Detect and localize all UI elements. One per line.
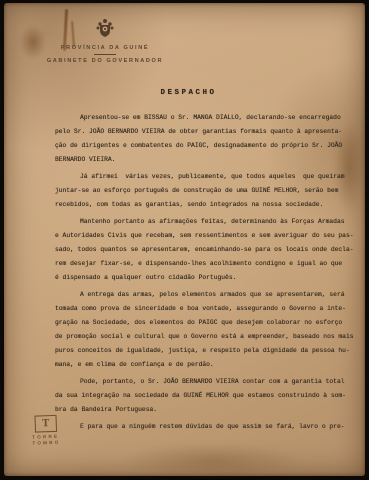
text-line: Pode, portanto, o Sr. JOÃO BERNARDO VIEI… [55,375,347,389]
text-line: mana, e em clima de confiança e de perdã… [55,358,347,372]
text-line: Apresentou-se em BISSAU o Sr. MANGA DIAL… [55,111,347,125]
letterhead-divider [94,54,116,55]
text-line: ção de dirigentes e combatentes do PAIGC… [55,139,347,153]
paragraph: A entrega das armas, pelos elementos arm… [55,288,347,372]
coat-of-arms-icon [94,17,116,39]
text-line: BERNARDO VIEIRA. [55,153,347,167]
stamp-monogram: T [34,415,57,433]
document-body: Apresentou-se em BISSAU o Sr. MANGA DIAL… [55,111,347,437]
letterhead-office: PROVÍNCIA DA GUINÉ [30,45,180,51]
paragraph: Apresentou-se em BISSAU o Sr. MANGA DIAL… [55,111,347,167]
text-line: juntar-se ao esforço português de constr… [55,184,347,198]
text-line: Mantenho portanto as afirmações feitas, … [55,215,347,229]
paragraph: Já afirmei várias vezes, publicamente, q… [55,170,347,212]
text-line: sado, todos quantos se apresentarem, enc… [55,243,347,257]
text-line: E para que a ninguém restem dúvidas de q… [55,420,347,434]
text-line: Já afirmei várias vezes, publicamente, q… [55,170,347,184]
archive-stamp: T TORRE TOMBO [31,414,72,446]
text-line: da sua integração na sociedade da GUINÉ … [55,389,347,403]
document-title: DESPACHO [4,89,369,97]
letterhead: PROVÍNCIA DA GUINÉ GABINETE DO GOVERNADO… [30,17,180,64]
letterhead-department: GABINETE DO GOVERNADOR [30,58,180,64]
text-line: pelo Sr. JOÃO BERNARDO VIEIRA de obter g… [55,125,347,139]
paragraph: Pode, portanto, o Sr. JOÃO BERNARDO VIEI… [55,375,347,417]
text-line: e Autoridades Civis que recebam, sem res… [55,229,347,243]
text-line: recebidos, com todas as garantias, sendo… [55,198,347,212]
paragraph: Mantenho portanto as afirmações feitas, … [55,215,347,285]
text-line: tomada como prova de sinceridade e boa v… [55,302,347,316]
text-line: rem desejar fixar-se, e dispensando-lhes… [55,257,347,271]
paragraph: E para que a ninguém restem dúvidas de q… [55,420,347,434]
text-line: gração na Sociedade, dos elementos do PA… [55,316,347,330]
text-line: bra da Bandeira Portuguesa. [55,403,347,417]
text-line: é dispensado a qualquer outro cidadão Po… [55,271,347,285]
stamp-text-line: TOMBO [32,439,72,446]
text-line: A entrega das armas, pelos elementos arm… [55,288,347,302]
stain [124,443,304,479]
document-page: PROVÍNCIA DA GUINÉ GABINETE DO GOVERNADO… [4,3,365,476]
text-line: de promoção social e cultural que o Gove… [55,330,347,344]
text-line: puros conceitos de igualdade, justiça, e… [55,344,347,358]
